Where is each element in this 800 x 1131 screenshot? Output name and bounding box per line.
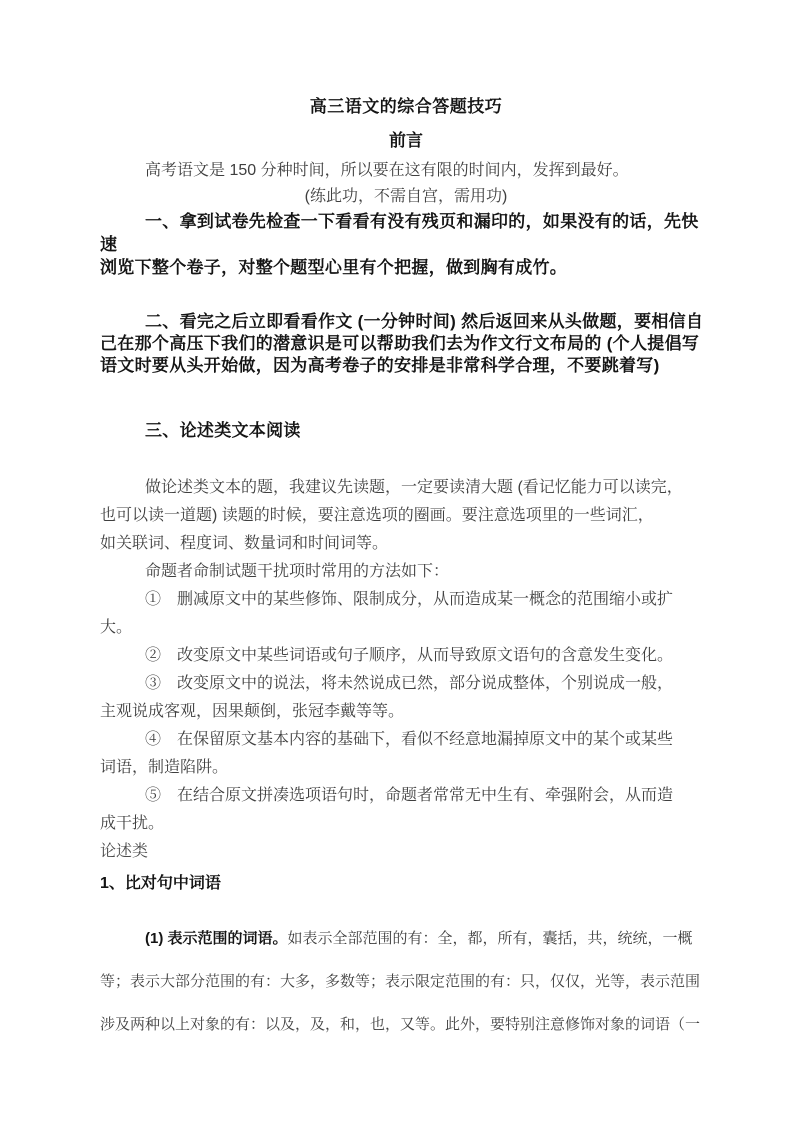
method-item-5: ⑤ 在结合原文拼凑选项语句时，命题者常常无中生有、牵强附会，从而造 成干扰。 <box>100 782 712 838</box>
method-item-2: ② 改变原文中某些词语或句子顺序，从而导致原文语句的含意发生变化。 <box>100 642 712 670</box>
range-words-lead: (1) 表示范围的词语。 <box>145 930 288 947</box>
text-line: ③ 改变原文中的说法，将未然说成已然，部分说成整体，个别说成一般， <box>100 670 712 698</box>
method-item-1: ① 删减原文中的某些修饰、限制成分，从而造成某一概念的范围缩小或扩 大。 <box>100 586 712 642</box>
text-line: 浏览下整个卷子，对整个题型心里有个把握，做到胸有成竹。 <box>100 256 712 279</box>
document-content: 高三语文的综合答题技巧 前言 高考语文是 150 分种时间，所以要在这有限的时间… <box>100 0 712 1046</box>
reading-tips-paragraph: 做论述类文本的题，我建议先读题，一定要读清大题 (看记忆能力可以读完， 也可以读… <box>100 474 712 558</box>
text-line: ⑤ 在结合原文拼凑选项语句时，命题者常常无中生有、牵强附会，从而造 <box>100 782 712 810</box>
range-words-paragraph: (1) 表示范围的词语。如表示全部范围的有：全，都，所有，囊括，共，统统，一概 … <box>100 917 712 1046</box>
method-item-4: ④ 在保留原文基本内容的基础下，看似不经意地漏掉原文中的某个或某些 词语，制造陷… <box>100 726 712 782</box>
category-label: 论述类 <box>100 838 712 866</box>
preface-line-1: 高考语文是 150 分种时间，所以要在这有限的时间内，发挥到最好。 <box>100 158 712 184</box>
document-page: 高三语文的综合答题技巧 前言 高考语文是 150 分种时间，所以要在这有限的时间… <box>0 0 800 1131</box>
text-line: 成干扰。 <box>100 810 712 838</box>
text-line: (1) 表示范围的词语。如表示全部范围的有：全，都，所有，囊括，共，统统，一概 <box>100 917 712 960</box>
text-line: 主观说成客观，因果颠倒，张冠李戴等等。 <box>100 698 712 726</box>
text-line: ② 改变原文中某些词语或句子顺序，从而导致原文语句的含意发生变化。 <box>100 642 712 670</box>
text-line: 也可以读一道题) 读题的时候，要注意选项的圈画。要注意选项里的一些词汇， <box>100 502 712 530</box>
text-line: 涉及两种以上对象的有：以及，及，和，也，又等。此外，要特别注意修饰对象的词语（一 <box>100 1003 712 1046</box>
compare-words-heading: 1、比对句中词语 <box>100 874 712 894</box>
text-line: 己在那个高压下我们的潜意识是可以帮助我们去为作文行文布局的 (个人提倡写 <box>100 333 712 355</box>
range-words-line1-rest: 如表示全部范围的有：全，都，所有，囊括，共，统统，一概 <box>288 930 693 947</box>
text-line: 如关联词、程度词、数量词和时间词等。 <box>100 530 712 558</box>
section-two-paragraph: 二、看完之后立即看看作文 (一分钟时间) 然后返回来从头做题，要相信自 己在那个… <box>100 311 712 377</box>
text-line: ① 删减原文中的某些修饰、限制成分，从而造成某一概念的范围缩小或扩 <box>100 586 712 614</box>
text-line: 做论述类文本的题，我建议先读题，一定要读清大题 (看记忆能力可以读完， <box>100 474 712 502</box>
doc-title: 高三语文的综合答题技巧 <box>100 97 712 117</box>
text-line: 二、看完之后立即看看作文 (一分钟时间) 然后返回来从头做题，要相信自 <box>100 311 712 333</box>
text-line: ④ 在保留原文基本内容的基础下，看似不经意地漏掉原文中的某个或某些 <box>100 726 712 754</box>
methods-intro: 命题者命制试题干扰项时常用的方法如下： <box>100 558 712 586</box>
text-line: 大。 <box>100 614 712 642</box>
section-one-paragraph: 一、拿到试卷先检查一下看看有没有残页和漏印的，如果没有的话，先快速 浏览下整个卷… <box>100 210 712 279</box>
section-three-heading: 三、论述类文本阅读 <box>100 421 712 441</box>
preface-heading: 前言 <box>100 131 712 151</box>
preface-line-2: (练此功，不需自宫，需用功) <box>100 184 712 210</box>
method-item-3: ③ 改变原文中的说法，将未然说成已然，部分说成整体，个别说成一般， 主观说成客观… <box>100 670 712 726</box>
text-line: 等；表示大部分范围的有：大多，多数等；表示限定范围的有：只，仅仅，光等，表示范围 <box>100 960 712 1003</box>
text-line: 语文时要从头开始做，因为高考卷子的安排是非常科学合理，不要跳着写) <box>100 355 712 377</box>
text-line: 词语，制造陷阱。 <box>100 754 712 782</box>
text-line: 一、拿到试卷先检查一下看看有没有残页和漏印的，如果没有的话，先快速 <box>100 210 712 256</box>
